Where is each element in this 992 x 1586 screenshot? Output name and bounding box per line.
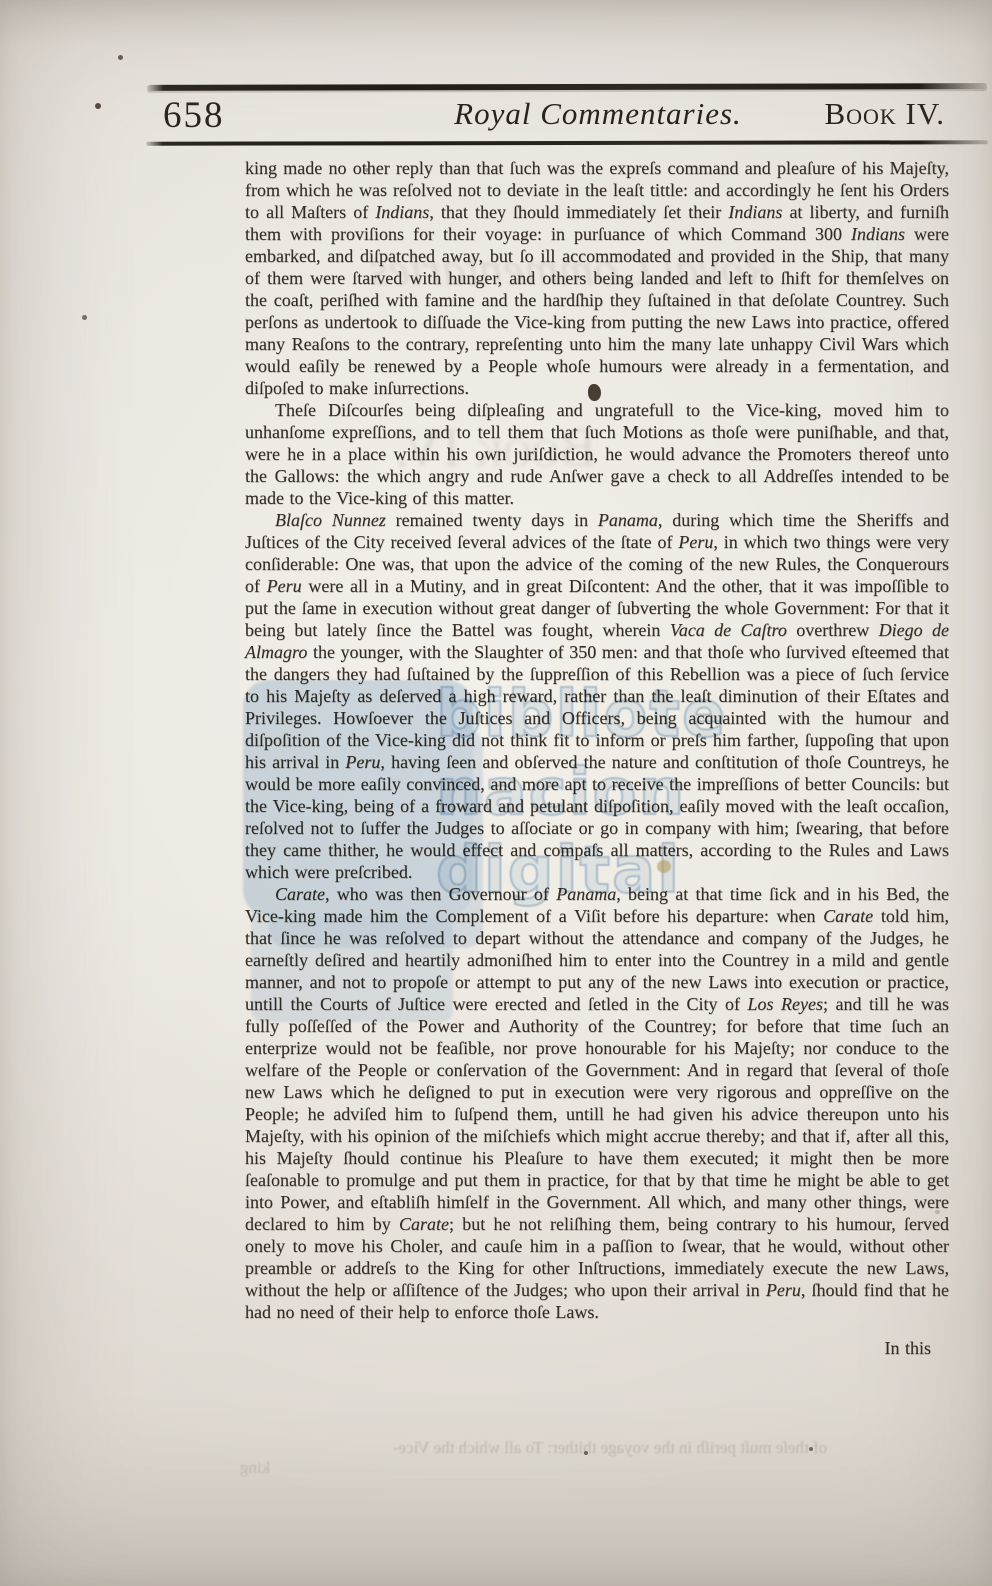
italic-text-run: Blaſco Nunnez (275, 510, 386, 530)
italic-text-run: Peru (766, 1280, 801, 1300)
book-label: Book IV. (824, 96, 945, 132)
paper-stain (657, 860, 671, 873)
italic-text-run: Carate (823, 906, 873, 926)
italic-text-run: Carate (275, 884, 325, 904)
paragraph: Carate, who was then Governour of Panama… (245, 883, 949, 1323)
paragraph: king made no other reply than that ſuch … (245, 157, 949, 399)
running-title: Royal Commentaries. (454, 96, 742, 132)
text-run: , who was then Governour of (325, 884, 556, 904)
page-body: king made no other reply than that ſuch … (245, 157, 949, 1359)
text-run: ; and till he was fully poſſeſſed of the… (245, 994, 949, 1234)
ink-speck (809, 1447, 813, 1451)
catchword: In this (884, 1338, 931, 1358)
ink-speck (95, 103, 101, 109)
paragraph: Blaſco Nunnez remained twenty days in Pa… (245, 509, 949, 883)
italic-text-run: Peru (267, 576, 302, 596)
catchword-row: In this (245, 1337, 949, 1359)
showthrough-bleed-line: of theſe muſt periſh in the voyage thith… (330, 1438, 890, 1458)
italic-text-run: Los Reyes (747, 994, 823, 1014)
text-run: remained twenty days in (386, 510, 598, 530)
page-header: 658 Royal Commentaries. Book IV. (147, 92, 987, 140)
header-rule-top (147, 83, 987, 91)
ink-speck (118, 55, 123, 60)
italic-text-run: Indians (375, 202, 429, 222)
ink-speck (82, 315, 87, 320)
italic-text-run: Indians (728, 202, 782, 222)
text-run: were embarked, and diſpatched away, but … (245, 224, 949, 398)
showthrough-bleed-word: king (240, 1458, 270, 1478)
text-run: overthrew (787, 620, 879, 640)
ink-speck (365, 168, 369, 172)
italic-text-run: Carate (399, 1214, 449, 1234)
italic-text-run: Peru (678, 532, 713, 552)
paper-stain (935, 1210, 940, 1214)
ink-speck (584, 1451, 588, 1455)
italic-text-run: Vaca de Caſtro (670, 620, 787, 640)
page-number: 658 (163, 94, 225, 137)
text-run: , that they ſhould immediately ſet their (429, 202, 728, 222)
book-page-scan: Royal Commentaries Book IV. of theſe muſ… (0, 0, 992, 1586)
text-run: Theſe Diſcourſes being diſpleaſing and u… (245, 400, 949, 508)
italic-text-run: Peru (345, 752, 380, 772)
italic-text-run: Indians (851, 224, 905, 244)
paragraph: Theſe Diſcourſes being diſpleaſing and u… (245, 399, 949, 509)
italic-text-run: Panama (556, 884, 616, 904)
header-rule-bottom (146, 140, 988, 145)
italic-text-run: Panama (598, 510, 658, 530)
ink-blot (588, 384, 601, 401)
